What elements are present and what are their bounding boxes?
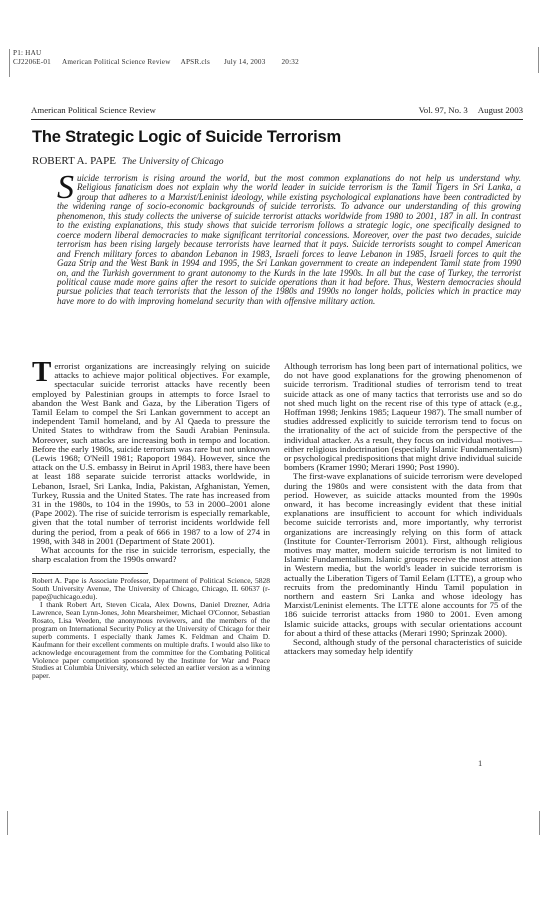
crop-mark-top-right <box>538 47 539 73</box>
galley-time: 20:32 <box>282 58 299 67</box>
journal-header: American Political Science Review Vol. 9… <box>31 105 523 115</box>
abstract-dropcap: S <box>57 174 77 201</box>
galley-header: P1: HAU CJ2206E-01 American Political Sc… <box>13 49 299 67</box>
footnote-rule <box>32 573 148 574</box>
right-column: Although terrorism has long been part of… <box>284 362 522 680</box>
journal-name: American Political Science Review <box>31 105 156 115</box>
galley-id: CJ2206E-01 <box>13 58 60 67</box>
galley-line1: P1: HAU <box>13 49 299 58</box>
footnote-paragraph-2: I thank Robert Art, Steven Cicala, Alex … <box>32 601 270 680</box>
page-number: 1 <box>478 758 482 768</box>
left-paragraph-1: Terrorist organizations are increasingly… <box>32 362 270 546</box>
abstract: Suicide terrorism is rising around the w… <box>57 174 521 306</box>
journal-issue: Vol. 97, No. 3August 2003 <box>419 105 523 115</box>
paper-page: P1: HAU CJ2206E-01 American Political Sc… <box>0 0 546 900</box>
journal-volume: Vol. 97, No. 3 <box>419 105 468 115</box>
crop-mark-bottom-right <box>539 811 540 835</box>
abstract-text: uicide terrorism is rising around the wo… <box>57 173 521 306</box>
author-affiliation: The University of Chicago <box>122 156 224 167</box>
crop-mark-top-left <box>9 49 10 77</box>
galley-cls: APSR.cls <box>181 58 210 67</box>
left-paragraph-1-text: errorist organizations are increasingly … <box>32 361 270 546</box>
page-title: The Strategic Logic of Suicide Terrorism <box>32 128 524 147</box>
journal-issue-date: August 2003 <box>478 105 523 115</box>
body-columns: Terrorist organizations are increasingly… <box>32 362 522 680</box>
footnote-paragraph-1: Robert A. Pape is Associate Professor, D… <box>32 577 270 601</box>
author-name: ROBERT A. PAPE <box>32 155 116 167</box>
byline: ROBERT A. PAPEThe University of Chicago <box>32 155 524 167</box>
galley-journal: American Political Science Review <box>62 58 171 67</box>
crop-mark-bottom-left <box>7 811 8 835</box>
right-paragraph-1: Although terrorism has long been part of… <box>284 362 522 472</box>
left-column: Terrorist organizations are increasingly… <box>32 362 270 680</box>
galley-line2: CJ2206E-01 American Political Science Re… <box>13 58 299 67</box>
right-paragraph-2: The first-wave explanations of suicide t… <box>284 472 522 638</box>
header-rule <box>31 119 523 120</box>
footnote: Robert A. Pape is Associate Professor, D… <box>32 577 270 680</box>
galley-date: July 14, 2003 <box>224 58 266 67</box>
body-dropcap: T <box>32 362 54 383</box>
left-paragraph-2: What accounts for the rise in suicide te… <box>32 546 270 564</box>
right-paragraph-3: Second, although study of the personal c… <box>284 638 522 656</box>
